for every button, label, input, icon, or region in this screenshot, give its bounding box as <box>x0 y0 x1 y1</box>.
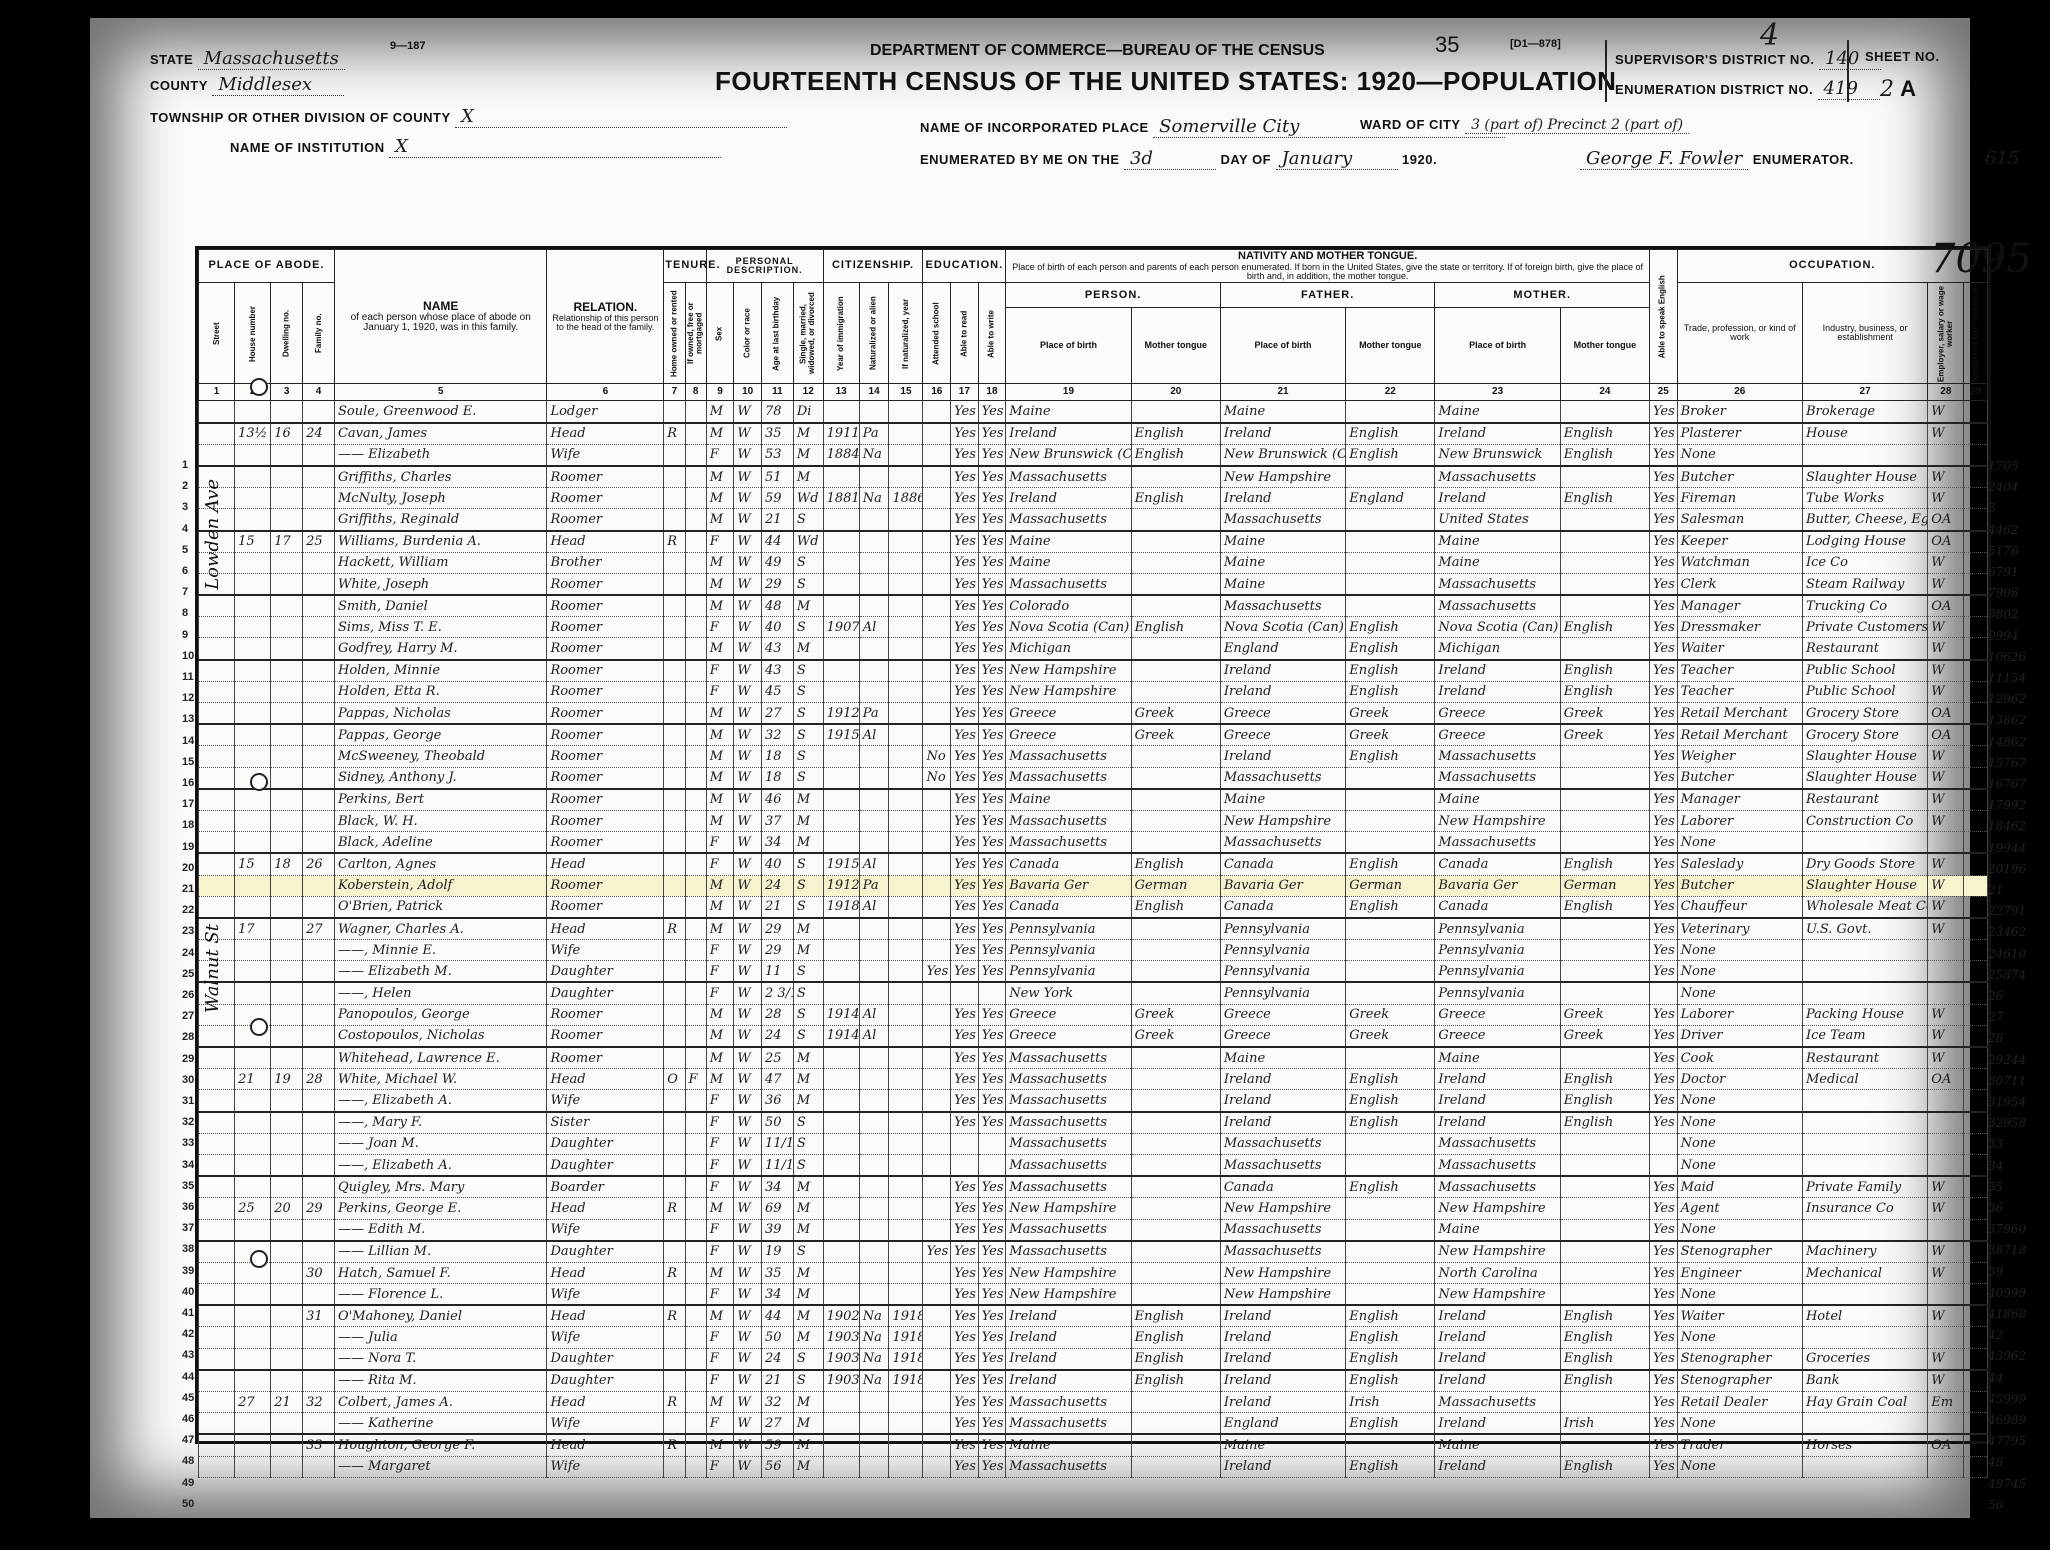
coding-value: 27 <box>1988 1010 2003 1024</box>
table-row: McNulty, JosephRoomerMW59Wd1881Na1886Yes… <box>199 488 1988 509</box>
class-cell <box>1928 1327 1964 1348</box>
sex-cell: F <box>706 1348 734 1370</box>
marital-cell: M <box>793 1392 823 1413</box>
column-numbers-row: 1234567891011121314151617181920212223242… <box>199 384 1988 401</box>
column-number: 1 <box>199 384 235 401</box>
naturalized-cell: Al <box>859 724 889 746</box>
owned-cell <box>664 1241 685 1263</box>
family-cell <box>303 1176 335 1198</box>
street-cell <box>199 1305 235 1327</box>
immigration-cell: 1911 <box>823 423 859 445</box>
name-cell: Griffiths, Reginald <box>334 509 546 531</box>
industry-cell <box>1802 1112 1927 1134</box>
mother-birthplace-tongue-cell: English <box>1560 1370 1649 1392</box>
township-label: TOWNSHIP OR OTHER DIVISION OF COUNTY <box>150 110 451 125</box>
name-cell: —— Florence L. <box>334 1284 546 1306</box>
age-cell: 29 <box>761 573 793 595</box>
industry-cell: Trucking Co <box>1802 595 1927 617</box>
name-cell: —— Edith M. <box>334 1219 546 1241</box>
mortgage-cell <box>685 1025 706 1047</box>
father-birthplace-cell: Nova Scotia (Can) <box>1220 617 1345 638</box>
naturalized-cell <box>859 1456 889 1477</box>
race-cell: W <box>734 746 762 767</box>
father-birthplace-cell: Massachusetts <box>1220 1219 1345 1241</box>
dwelling-cell <box>271 1241 303 1263</box>
father-tongue-cell <box>1346 509 1435 531</box>
mother-birthplace-tongue-cell <box>1560 832 1649 854</box>
farm-cell <box>1964 1176 1988 1198</box>
industry-cell: Private Family <box>1802 1176 1927 1198</box>
owned-cell <box>664 1370 685 1392</box>
table-row: Griffiths, ReginaldRoomerMW21SYesYesMass… <box>199 509 1988 531</box>
owned-cell <box>664 1133 685 1154</box>
father-birthplace-cell: Ireland <box>1220 746 1345 767</box>
school-cell <box>923 681 951 702</box>
owned-cell <box>664 1327 685 1348</box>
mother-birthplace-tongue-cell: English <box>1560 853 1649 875</box>
mother-birthplace-tongue-cell <box>1560 573 1649 595</box>
dwelling-cell <box>271 466 303 488</box>
occupation-cell: Keeper <box>1677 531 1802 553</box>
line-number: 3 <box>182 501 188 513</box>
school-cell <box>923 724 951 746</box>
write-cell: Yes <box>978 1456 1006 1477</box>
binding-hole-icon <box>250 378 268 396</box>
farm-cell <box>1964 1241 1988 1263</box>
line-number: 37 <box>182 1222 194 1234</box>
relation-cell: Wife <box>547 1219 664 1241</box>
birthplace-cell: Massachusetts <box>1006 1154 1131 1176</box>
sex-cell: M <box>706 810 734 831</box>
relation-cell: Sister <box>547 1112 664 1134</box>
age-cell: 48 <box>761 595 793 617</box>
dwelling-cell <box>271 1004 303 1025</box>
naturalized-cell <box>859 1262 889 1283</box>
farm-cell <box>1964 1413 1988 1435</box>
county-label: COUNTY <box>150 78 208 93</box>
column-number: 26 <box>1677 384 1802 401</box>
house-number-cell <box>235 961 271 983</box>
speak-english-cell: Yes <box>1649 1456 1677 1477</box>
name-cell: Cavan, James <box>334 423 546 445</box>
naturalized-year-cell <box>889 552 923 573</box>
occupation-cell: None <box>1677 1413 1802 1435</box>
age-cell: 34 <box>761 1176 793 1198</box>
mother-tongue-cell <box>1131 1456 1220 1477</box>
relation-cell: Roomer <box>547 875 664 896</box>
owned-cell <box>664 681 685 702</box>
industry-cell: Horses <box>1802 1434 1927 1456</box>
immigration-cell <box>823 1284 859 1306</box>
naturalized-cell: Na <box>859 1348 889 1370</box>
occupation-cell: Stenographer <box>1677 1241 1802 1263</box>
father-birthplace-cell: Ireland <box>1220 1112 1345 1134</box>
family-cell <box>303 660 335 682</box>
read-cell: Yes <box>951 1090 979 1112</box>
race-cell: W <box>734 896 762 918</box>
dwelling-cell <box>271 1284 303 1306</box>
family-cell <box>303 488 335 509</box>
relation-cell: Roomer <box>547 509 664 531</box>
naturalized-cell <box>859 1047 889 1069</box>
name-cell: Holden, Minnie <box>334 660 546 682</box>
speak-english-cell: Yes <box>1649 1219 1677 1241</box>
township-value: X <box>455 106 787 128</box>
race-cell: W <box>734 1176 762 1198</box>
table-row: Sims, Miss T. E.RoomerFW40S1907AlYesYesN… <box>199 617 1988 638</box>
class-cell <box>1928 1133 1964 1154</box>
farm-cell <box>1964 1154 1988 1176</box>
house-number-cell <box>235 810 271 831</box>
write-cell: Yes <box>978 961 1006 983</box>
mother-birthplace-cell: Massachusetts <box>1435 595 1560 617</box>
naturalized-year-cell <box>889 444 923 466</box>
farm-cell <box>1964 531 1988 553</box>
mother-birthplace-tongue-cell <box>1560 1241 1649 1263</box>
age-cell: 44 <box>761 531 793 553</box>
speak-english-cell: Yes <box>1649 1305 1677 1327</box>
immigration-cell <box>823 1219 859 1241</box>
table-row: 252029Perkins, George E.HeadRMW69MYesYes… <box>199 1198 1988 1219</box>
house-number-cell <box>235 1219 271 1241</box>
marital-cell: S <box>793 1370 823 1392</box>
sex-cell: M <box>706 746 734 767</box>
owned-cell <box>664 595 685 617</box>
race-cell: W <box>734 940 762 961</box>
house-number-cell <box>235 746 271 767</box>
table-row: Quigley, Mrs. MaryBoarderFW34MYesYesMass… <box>199 1176 1988 1198</box>
naturalized-cell <box>859 531 889 553</box>
mother-birthplace-tongue-cell: Greek <box>1560 703 1649 725</box>
naturalized-cell: Na <box>859 1327 889 1348</box>
read-cell: Yes <box>951 961 979 983</box>
father-birthplace-cell: Canada <box>1220 1176 1345 1198</box>
house-number-cell <box>235 1370 271 1392</box>
write-cell: Yes <box>978 1305 1006 1327</box>
write-cell: Yes <box>978 595 1006 617</box>
coding-value: 47795 <box>1988 1434 2026 1448</box>
write-cell: Yes <box>978 444 1006 466</box>
mother-birthplace-tongue-cell <box>1560 767 1649 789</box>
owned-cell <box>664 940 685 961</box>
house-number-cell <box>235 1456 271 1477</box>
naturalized-year-cell <box>889 1154 923 1176</box>
sex-cell: M <box>706 724 734 746</box>
house-number-cell <box>235 982 271 1004</box>
day-of-label: DAY OF <box>1220 152 1271 167</box>
age-cell: 32 <box>761 724 793 746</box>
column-number: 11 <box>761 384 793 401</box>
owned-cell: R <box>664 1305 685 1327</box>
class-cell: OA <box>1928 724 1964 746</box>
naturalized-cell <box>859 940 889 961</box>
farm-cell <box>1964 1434 1988 1456</box>
owned-cell <box>664 1112 685 1134</box>
family-cell <box>303 1413 335 1435</box>
birthplace-cell: Ireland <box>1006 1348 1131 1370</box>
naturalized-year-cell <box>889 1262 923 1283</box>
naturalized-year-cell <box>889 810 923 831</box>
school-cell <box>923 1133 951 1154</box>
write-cell: Yes <box>978 1025 1006 1047</box>
census-title: FOURTEENTH CENSUS OF THE UNITED STATES: … <box>715 66 1616 97</box>
owned-cell <box>664 724 685 746</box>
read-cell: Yes <box>951 767 979 789</box>
mother-tongue-cell <box>1131 982 1220 1004</box>
family-cell <box>303 401 335 423</box>
group-occupation: OCCUPATION. <box>1677 250 1987 283</box>
mother-tongue-cell <box>1131 1241 1220 1263</box>
speak-english-cell: Yes <box>1649 1392 1677 1413</box>
mother-tongue-cell <box>1131 1154 1220 1176</box>
immigration-cell: 1884 <box>823 444 859 466</box>
race-cell: W <box>734 1434 762 1456</box>
occupation-cell: Weigher <box>1677 746 1802 767</box>
age-cell: 11/12 <box>761 1133 793 1154</box>
birthplace-cell: Pennsylvania <box>1006 940 1131 961</box>
industry-cell <box>1802 1327 1927 1348</box>
occupation-cell: None <box>1677 444 1802 466</box>
speak-english-cell: Yes <box>1649 1370 1677 1392</box>
speak-english-cell: Yes <box>1649 853 1677 875</box>
speak-english-cell: Yes <box>1649 1241 1677 1263</box>
race-cell: W <box>734 444 762 466</box>
read-cell: Yes <box>951 617 979 638</box>
school-cell <box>923 853 951 875</box>
occupation-cell: None <box>1677 940 1802 961</box>
coding-value: 34 <box>1988 1159 2003 1173</box>
naturalized-year-cell <box>889 767 923 789</box>
relation-cell: Roomer <box>547 1025 664 1047</box>
birthplace-cell: New Hampshire <box>1006 1262 1131 1283</box>
mother-tongue-cell: English <box>1131 853 1220 875</box>
owned-cell <box>664 703 685 725</box>
relation-cell: Roomer <box>547 810 664 831</box>
occupation-cell: Plasterer <box>1677 423 1802 445</box>
house-number-cell <box>235 573 271 595</box>
read-cell: Yes <box>951 1370 979 1392</box>
father-birthplace-cell: Ireland <box>1220 1370 1345 1392</box>
name-cell: Smith, Daniel <box>334 595 546 617</box>
owned-cell: R <box>664 1392 685 1413</box>
name-cell: Costopoulos, Nicholas <box>334 1025 546 1047</box>
speak-english-cell: Yes <box>1649 940 1677 961</box>
marital-cell: M <box>793 1047 823 1069</box>
immigration-cell <box>823 595 859 617</box>
name-cell: —— Nora T. <box>334 1348 546 1370</box>
farm-cell <box>1964 1284 1988 1306</box>
class-cell: W <box>1928 552 1964 573</box>
birthplace-cell: Ireland <box>1006 1305 1131 1327</box>
school-cell <box>923 617 951 638</box>
birthplace-cell: New Brunswick (Can) <box>1006 444 1131 466</box>
naturalized-year-cell <box>889 940 923 961</box>
farm-cell <box>1964 918 1988 940</box>
family-cell <box>303 638 335 660</box>
father-birthplace-cell: New Brunswick (Can) <box>1220 444 1345 466</box>
race-cell: W <box>734 875 762 896</box>
speak-english-cell: Yes <box>1649 961 1677 983</box>
write-cell: Yes <box>978 1348 1006 1370</box>
speak-english-cell: Yes <box>1649 1262 1677 1283</box>
naturalized-year-cell <box>889 401 923 423</box>
father-tongue-cell: English <box>1346 1305 1435 1327</box>
marital-cell: S <box>793 1241 823 1263</box>
table-row: —— KatherineWifeFW27MYesYesMassachusetts… <box>199 1413 1988 1435</box>
sex-cell: F <box>706 681 734 702</box>
birthplace-cell: Massachusetts <box>1006 767 1131 789</box>
house-number-cell <box>235 789 271 811</box>
table-row: Whitehead, Lawrence E.RoomerMW25MYesYesM… <box>199 1047 1988 1069</box>
industry-cell: Medical <box>1802 1069 1927 1090</box>
write-cell: Yes <box>978 810 1006 831</box>
birthplace-cell: Massachusetts <box>1006 1133 1131 1154</box>
speak-english-cell <box>1649 1133 1677 1154</box>
marital-cell: M <box>793 1456 823 1477</box>
class-cell: W <box>1928 918 1964 940</box>
line-number: 39 <box>182 1265 194 1277</box>
line-number: 24 <box>182 947 194 959</box>
owned-cell <box>664 444 685 466</box>
birthplace-cell: Greece <box>1006 724 1131 746</box>
father-birthplace-cell: Ireland <box>1220 423 1345 445</box>
naturalized-year-cell <box>889 1069 923 1090</box>
write-cell: Yes <box>978 531 1006 553</box>
naturalized-cell: Na <box>859 488 889 509</box>
speak-english-cell: Yes <box>1649 810 1677 831</box>
marital-cell: M <box>793 1069 823 1090</box>
read-cell: Yes <box>951 1284 979 1306</box>
write-cell: Yes <box>978 703 1006 725</box>
marital-cell: Di <box>793 401 823 423</box>
industry-cell: Groceries <box>1802 1348 1927 1370</box>
relation-cell: Roomer <box>547 466 664 488</box>
naturalized-year-cell <box>889 961 923 983</box>
industry-cell: Grocery Store <box>1802 724 1927 746</box>
naturalized-cell <box>859 595 889 617</box>
father-birthplace-cell: Ireland <box>1220 1305 1345 1327</box>
read-cell: Yes <box>951 853 979 875</box>
mother-tongue-cell: English <box>1131 423 1220 445</box>
table-row: —— Elizabeth M.DaughterFW11SYesYesYesPen… <box>199 961 1988 983</box>
father-birthplace-cell: England <box>1220 638 1345 660</box>
naturalized-cell: Pa <box>859 875 889 896</box>
industry-cell: Restaurant <box>1802 789 1927 811</box>
street-cell <box>199 767 235 789</box>
speak-english-cell: Yes <box>1649 1090 1677 1112</box>
occupation-cell: None <box>1677 1219 1802 1241</box>
relation-cell: Roomer <box>547 896 664 918</box>
immigration-cell: 1915 <box>823 724 859 746</box>
speak-english-cell: Yes <box>1649 617 1677 638</box>
owned-cell: R <box>664 531 685 553</box>
age-cell: 59 <box>761 488 793 509</box>
owned-cell <box>664 982 685 1004</box>
house-number-cell: 17 <box>235 918 271 940</box>
industry-cell: Private Customers <box>1802 617 1927 638</box>
race-cell: W <box>734 724 762 746</box>
line-number: 7 <box>182 586 188 598</box>
coding-value: 45999 <box>1988 1392 2026 1406</box>
father-tongue-cell: English <box>1346 1456 1435 1477</box>
naturalized-cell <box>859 746 889 767</box>
street-cell <box>199 1133 235 1154</box>
mortgage-cell <box>685 1198 706 1219</box>
industry-cell: Brokerage <box>1802 401 1927 423</box>
family-cell <box>303 896 335 918</box>
line-number: 9 <box>182 629 188 641</box>
speak-english-cell: Yes <box>1649 724 1677 746</box>
family-cell <box>303 1090 335 1112</box>
naturalized-year-cell <box>889 918 923 940</box>
father-tongue-cell: English <box>1346 638 1435 660</box>
street-cell <box>199 1241 235 1263</box>
marital-cell: S <box>793 703 823 725</box>
read-cell: Yes <box>951 724 979 746</box>
line-number: 35 <box>182 1180 194 1192</box>
read-cell: Yes <box>951 488 979 509</box>
naturalized-year-cell <box>889 1047 923 1069</box>
occupation-cell: Trader <box>1677 1434 1802 1456</box>
side-number: 615 <box>1985 148 2019 169</box>
family-cell <box>303 1154 335 1176</box>
immigration-cell <box>823 1154 859 1176</box>
marital-cell: M <box>793 466 823 488</box>
relation-cell: Daughter <box>547 1241 664 1263</box>
write-cell: Yes <box>978 552 1006 573</box>
mother-tongue-cell <box>1131 638 1220 660</box>
coding-value: 7906 <box>1988 586 2019 600</box>
father-birthplace-cell: Ireland <box>1220 488 1345 509</box>
naturalized-year-cell: 1918 <box>889 1348 923 1370</box>
birthplace-cell: Greece <box>1006 1025 1131 1047</box>
coding-value: 49745 <box>1988 1477 2026 1491</box>
mortgage-cell <box>685 617 706 638</box>
birthplace-cell: Massachusetts <box>1006 746 1131 767</box>
occupation-cell: Retail Dealer <box>1677 1392 1802 1413</box>
marital-cell: M <box>793 638 823 660</box>
father-birthplace-cell: Ireland <box>1220 660 1345 682</box>
naturalized-year-cell <box>889 724 923 746</box>
table-row: —— ElizabethWifeFW53M1884NaYesYesNew Bru… <box>199 444 1988 466</box>
column-number: 15 <box>889 384 923 401</box>
race-cell: W <box>734 1370 762 1392</box>
relation-cell: Head <box>547 423 664 445</box>
binding-hole-icon <box>250 1250 268 1268</box>
mother-birthplace-cell: Pennsylvania <box>1435 940 1560 961</box>
supervisor-mark: 4 <box>1760 18 1779 53</box>
farm-cell <box>1964 810 1988 831</box>
mortgage-cell <box>685 509 706 531</box>
family-cell <box>303 1025 335 1047</box>
read-cell <box>951 982 979 1004</box>
house-number-cell <box>235 940 271 961</box>
occupation-cell: Watchman <box>1677 552 1802 573</box>
class-cell: W <box>1928 789 1964 811</box>
industry-cell <box>1802 1154 1927 1176</box>
sex-cell: F <box>706 660 734 682</box>
name-cell: Whitehead, Lawrence E. <box>334 1047 546 1069</box>
mother-birthplace-cell: Massachusetts <box>1435 1133 1560 1154</box>
mortgage-cell <box>685 1370 706 1392</box>
father-tongue-cell: English <box>1346 1112 1435 1134</box>
mother-birthplace-cell: Ireland <box>1435 1069 1560 1090</box>
mother-birthplace-tongue-cell: English <box>1560 488 1649 509</box>
industry-cell: Ice Co <box>1802 552 1927 573</box>
sex-cell: F <box>706 1456 734 1477</box>
industry-cell <box>1802 940 1927 961</box>
mother-tongue-cell <box>1131 1262 1220 1283</box>
